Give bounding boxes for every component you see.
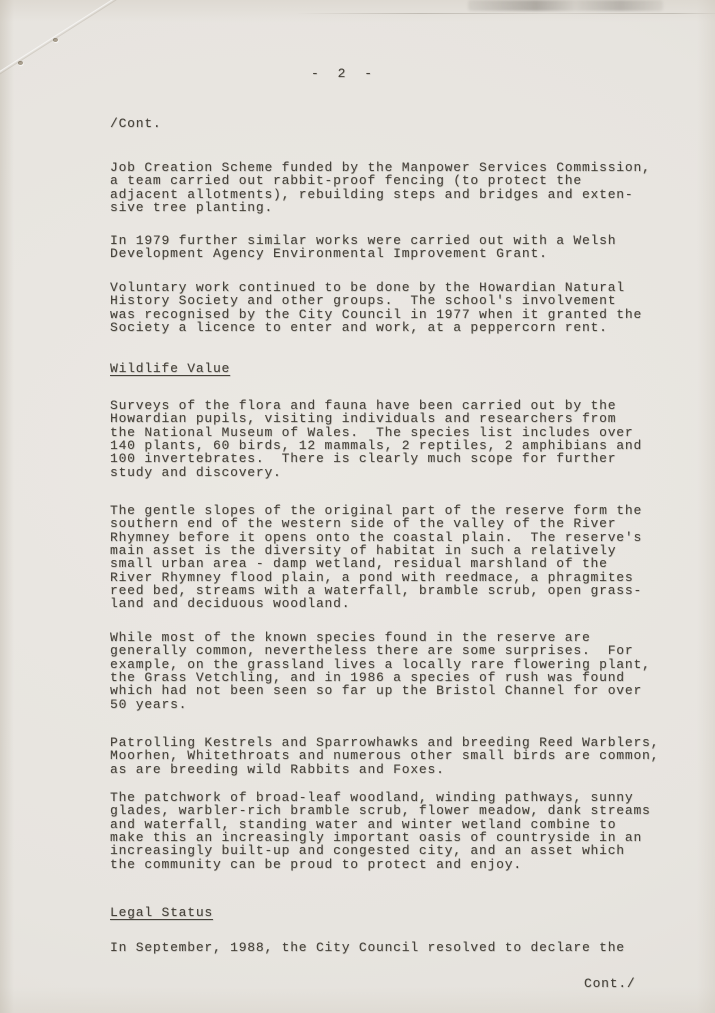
paragraph-september-1988: In September, 1988, the City Council res… bbox=[110, 941, 710, 954]
top-edge-pencil-line bbox=[295, 13, 715, 14]
paragraph-patrolling-kestrels: Patrolling Kestrels and Sparrowhawks and… bbox=[110, 736, 710, 776]
staple-hole bbox=[18, 61, 23, 65]
paragraph-known-species: While most of the known species found in… bbox=[110, 631, 710, 711]
document-page: - 2 - /Cont. Job Creation Scheme funded … bbox=[0, 0, 715, 1013]
page-number: - 2 - bbox=[311, 67, 378, 80]
top-edge-smudge bbox=[468, 0, 663, 11]
paragraph-voluntary-work: Voluntary work continued to be done by t… bbox=[110, 281, 710, 334]
paper-crease bbox=[0, 0, 134, 83]
paragraph-surveys: Surveys of the flora and fauna have been… bbox=[110, 399, 710, 479]
paragraph-1979-works: In 1979 further similar works were carri… bbox=[110, 234, 710, 261]
paragraph-gentle-slopes: The gentle slopes of the original part o… bbox=[110, 504, 710, 611]
section-heading-wildlife-value: Wildlife Value bbox=[110, 362, 710, 375]
continuation-marker-bottom: Cont./ bbox=[584, 977, 704, 990]
continuation-marker-top: /Cont. bbox=[110, 117, 710, 130]
paragraph-patchwork: The patchwork of broad-leaf woodland, wi… bbox=[110, 791, 710, 871]
staple-hole bbox=[53, 38, 58, 42]
paragraph-job-creation-scheme: Job Creation Scheme funded by the Manpow… bbox=[110, 161, 710, 214]
section-heading-legal-status: Legal Status bbox=[110, 906, 710, 919]
